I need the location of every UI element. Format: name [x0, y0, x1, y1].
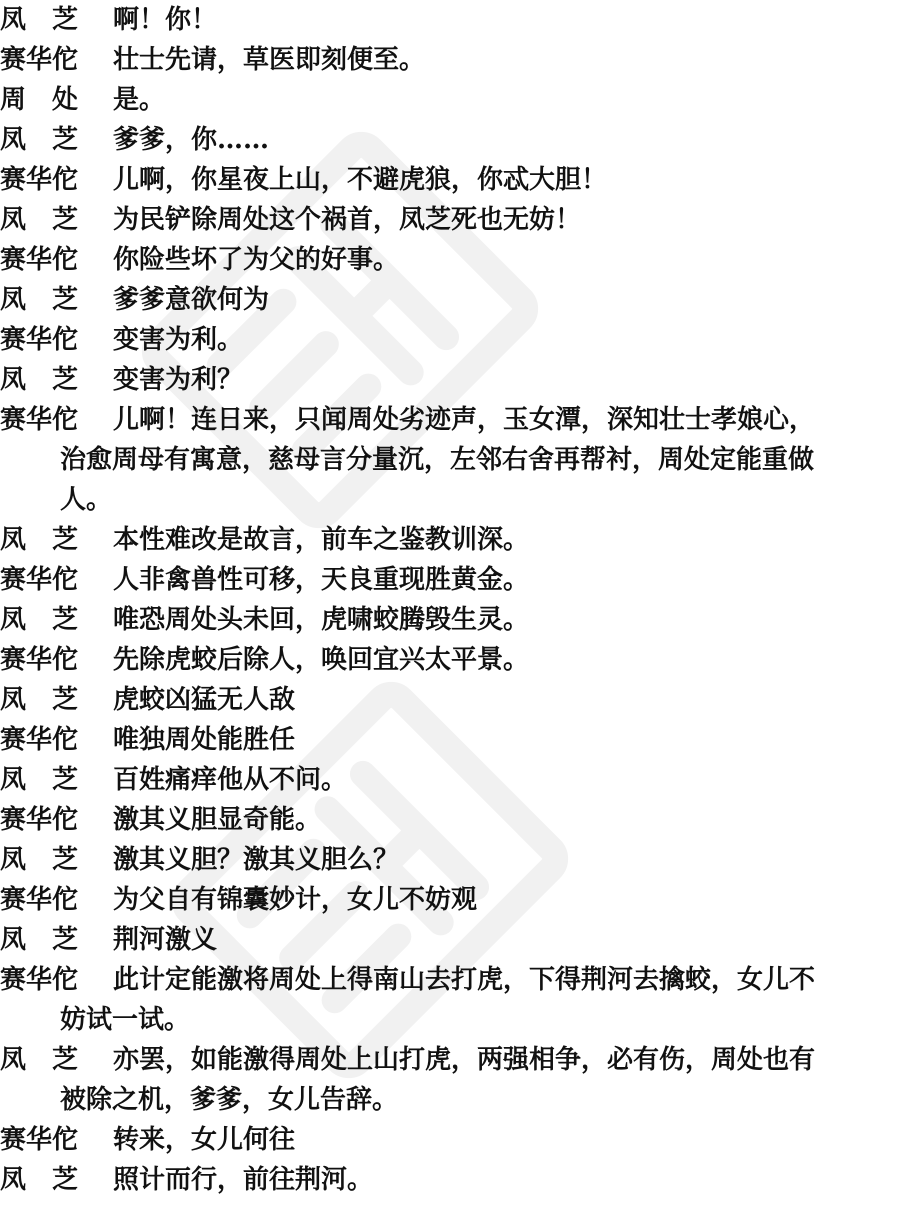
speaker-name: 赛华佗 [0, 720, 113, 760]
dialogue-text: 亦罢，如能激得周处上山打虎，两强相争，必有伤，周处也有 [113, 1040, 815, 1080]
speaker-name: 凤 芝 [0, 1040, 113, 1080]
dialogue-text: 唯恐周处头未回，虎啸蛟腾毁生灵。 [113, 600, 529, 640]
speaker-name: 凤 芝 [0, 0, 113, 40]
dialogue-line: 凤 芝虎蛟凶猛无人敌 [0, 680, 900, 720]
speaker-name: 赛华佗 [0, 800, 113, 840]
dialogue-line: 凤 芝本性难改是故言，前车之鉴教训深。 [0, 520, 900, 560]
dialogue-text: 荆河激义 [113, 920, 217, 960]
speaker-name: 凤 芝 [0, 120, 113, 160]
dialogue-continuation-line: 治愈周母有寓意，慈母言分量沉，左邻右舍再帮衬，周处定能重做 [0, 440, 900, 480]
dialogue-line: 凤 芝照计而行，前往荆河。 [0, 1160, 900, 1200]
dialogue-continuation-line: 妨试一试。 [0, 1000, 900, 1040]
dialogue-text: 人非禽兽性可移，天良重现胜黄金。 [113, 560, 529, 600]
dialogue-continuation-line: 人。 [0, 480, 900, 520]
dialogue-line: 赛华佗先除虎蛟后除人，唤回宜兴太平景。 [0, 640, 900, 680]
speaker-name: 凤 芝 [0, 280, 113, 320]
dialogue-text: 治愈周母有寓意，慈母言分量沉，左邻右舍再帮衬，周处定能重做 [60, 440, 814, 480]
dialogue-line: 凤 芝亦罢，如能激得周处上山打虎，两强相争，必有伤，周处也有 [0, 1040, 900, 1080]
dialogue-line: 凤 芝荆河激义 [0, 920, 900, 960]
dialogue-continuation-line: 被除之机，爹爹，女儿告辞。 [0, 1080, 900, 1120]
dialogue-text: 为父自有锦囊妙计，女儿不妨观 [113, 880, 477, 920]
dialogue-text: 先除虎蛟后除人，唤回宜兴太平景。 [113, 640, 529, 680]
dialogue-text: 啊！你！ [113, 0, 217, 40]
dialogue-line: 凤 芝激其义胆？激其义胆么？ [0, 840, 900, 880]
dialogue-text: 照计而行，前往荆河。 [113, 1160, 373, 1200]
speaker-name: 凤 芝 [0, 520, 113, 560]
dialogue-text: 转来，女儿何往 [113, 1120, 295, 1160]
speaker-name: 赛华佗 [0, 1120, 113, 1160]
dialogue-text: 儿啊！连日来，只闻周处劣迹声，玉女潭，深知壮士孝娘心， [113, 400, 815, 440]
dialogue-text: 为民铲除周处这个祸首，凤芝死也无妨！ [113, 200, 581, 240]
speaker-name: 凤 芝 [0, 840, 113, 880]
dialogue-line: 赛华佗唯独周处能胜任 [0, 720, 900, 760]
dialogue-text: 此计定能激将周处上得南山去打虎，下得荆河去擒蛟，女儿不 [113, 960, 815, 1000]
dialogue-text: 儿啊，你星夜上山，不避虎狼，你忒大胆！ [113, 160, 607, 200]
dialogue-line: 赛华佗为父自有锦囊妙计，女儿不妨观 [0, 880, 900, 920]
dialogue-line: 周 处是。 [0, 80, 900, 120]
dialogue-text: 是。 [113, 80, 165, 120]
speaker-name: 凤 芝 [0, 360, 113, 400]
speaker-name: 赛华佗 [0, 40, 113, 80]
dialogue-line: 凤 芝唯恐周处头未回，虎啸蛟腾毁生灵。 [0, 600, 900, 640]
dialogue-text: 变害为利。 [113, 320, 243, 360]
speaker-name: 赛华佗 [0, 400, 113, 440]
dialogue-line: 赛华佗激其义胆显奇能。 [0, 800, 900, 840]
dialogue-line: 赛华佗此计定能激将周处上得南山去打虎，下得荆河去擒蛟，女儿不 [0, 960, 900, 1000]
speaker-name: 凤 芝 [0, 200, 113, 240]
dialogue-line: 凤 芝爹爹，你…… [0, 120, 900, 160]
dialogue-line: 凤 芝爹爹意欲何为 [0, 280, 900, 320]
dialogue-line: 凤 芝为民铲除周处这个祸首，凤芝死也无妨！ [0, 200, 900, 240]
dialogue-text: 变害为利？ [113, 360, 243, 400]
speaker-name: 赛华佗 [0, 240, 113, 280]
dialogue-text: 爹爹意欲何为 [113, 280, 269, 320]
speaker-name: 赛华佗 [0, 880, 113, 920]
dialogue-line: 赛华佗儿啊，你星夜上山，不避虎狼，你忒大胆！ [0, 160, 900, 200]
speaker-name: 凤 芝 [0, 600, 113, 640]
dialogue-text: 被除之机，爹爹，女儿告辞。 [60, 1080, 398, 1120]
dialogue-line: 凤 芝变害为利？ [0, 360, 900, 400]
speaker-name: 赛华佗 [0, 960, 113, 1000]
dialogue-text: 本性难改是故言，前车之鉴教训深。 [113, 520, 529, 560]
dialogue-text: 壮士先请，草医即刻便至。 [113, 40, 425, 80]
dialogue-text: 爹爹，你…… [113, 120, 269, 160]
dialogue-text: 虎蛟凶猛无人敌 [113, 680, 295, 720]
speaker-name: 凤 芝 [0, 680, 113, 720]
dialogue-line: 凤 芝啊！你！ [0, 0, 900, 40]
dialogue-line: 赛华佗壮士先请，草医即刻便至。 [0, 40, 900, 80]
dialogue-text: 激其义胆？激其义胆么？ [113, 840, 399, 880]
dialogue-line: 赛华佗变害为利。 [0, 320, 900, 360]
script-body: 凤 芝啊！你！赛华佗壮士先请，草医即刻便至。周 处是。凤 芝爹爹，你……赛华佗儿… [0, 0, 900, 1200]
speaker-name: 凤 芝 [0, 1160, 113, 1200]
speaker-name: 周 处 [0, 80, 113, 120]
dialogue-text: 妨试一试。 [60, 1000, 190, 1040]
dialogue-line: 凤 芝百姓痛痒他从不问。 [0, 760, 900, 800]
speaker-name: 凤 芝 [0, 760, 113, 800]
dialogue-line: 赛华佗人非禽兽性可移，天良重现胜黄金。 [0, 560, 900, 600]
dialogue-line: 赛华佗转来，女儿何往 [0, 1120, 900, 1160]
speaker-name: 赛华佗 [0, 640, 113, 680]
dialogue-text: 你险些坏了为父的好事。 [113, 240, 399, 280]
dialogue-text: 百姓痛痒他从不问。 [113, 760, 347, 800]
dialogue-line: 赛华佗你险些坏了为父的好事。 [0, 240, 900, 280]
speaker-name: 赛华佗 [0, 560, 113, 600]
speaker-name: 凤 芝 [0, 920, 113, 960]
dialogue-text: 唯独周处能胜任 [113, 720, 295, 760]
speaker-name: 赛华佗 [0, 160, 113, 200]
dialogue-text: 激其义胆显奇能。 [113, 800, 321, 840]
dialogue-line: 赛华佗儿啊！连日来，只闻周处劣迹声，玉女潭，深知壮士孝娘心， [0, 400, 900, 440]
speaker-name: 赛华佗 [0, 320, 113, 360]
dialogue-text: 人。 [60, 480, 112, 520]
